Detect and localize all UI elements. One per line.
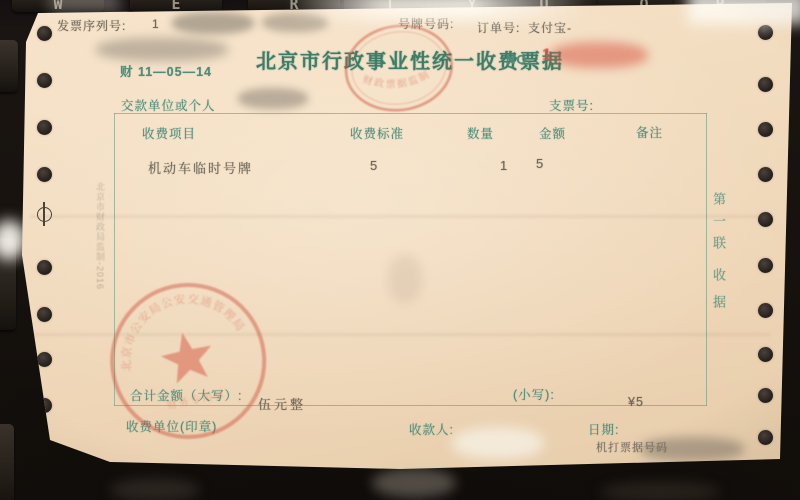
- payer-name-redaction: [238, 88, 308, 109]
- col-header-note: 备注: [636, 123, 663, 141]
- form-code: 财 11—05—14: [120, 62, 212, 80]
- sprocket-hole: [758, 25, 773, 40]
- row-item: 机动车临时号牌: [148, 158, 253, 177]
- table-right-border: [706, 113, 707, 406]
- receipt-paper: 发票序列号: 1 号牌号码: 订单号: 支付宝- 北京市行政事业性统一收费票据 …: [0, 0, 800, 500]
- sprocket-hole: [758, 303, 773, 318]
- row-amount: 5: [536, 156, 544, 171]
- oval-stamp-text: 财政票据监制: [360, 63, 434, 95]
- no-number-redaction: [550, 42, 648, 68]
- svg-text:财政票据监制: 财政票据监制: [360, 63, 434, 95]
- serial-redaction: [172, 12, 254, 34]
- keyboard-key-e: E: [130, 0, 222, 12]
- date-label: 日期:: [588, 420, 619, 438]
- payee-label: 收款人:: [409, 420, 454, 438]
- sprocket-hole: [37, 352, 52, 367]
- col-header-amount: 金额: [539, 124, 566, 142]
- serial-line2-redaction: [96, 38, 228, 61]
- sprocket-hole: [758, 122, 773, 137]
- serial-label: 发票序列号:: [57, 17, 126, 34]
- machine-number-redaction: [640, 437, 744, 461]
- paper-fold: [30, 215, 770, 218]
- serial-value: 1: [152, 17, 160, 31]
- sprocket-hole: [37, 73, 52, 88]
- row-standard: 5: [370, 158, 378, 173]
- copy-number-vertical: 第一联: [709, 192, 728, 258]
- serial-redaction2: [262, 13, 328, 32]
- check-number-label: 支票号:: [549, 96, 594, 114]
- sprocket-hole: [37, 398, 52, 413]
- keyboard-key-w: W: [12, 0, 104, 12]
- photo-of-receipt: WERTYUIOP A 发票序列号: 1 号牌号码: 订单号: 支付宝- 北京市…: [0, 0, 800, 500]
- small-amount-label: (小写):: [513, 385, 555, 403]
- sprocket-hole: [758, 388, 773, 403]
- sprocket-hole: [37, 307, 52, 322]
- bottom-reflection: [110, 478, 200, 500]
- center-faint-mark: [388, 255, 422, 303]
- sprocket-hole: [758, 258, 773, 273]
- order-label: 订单号:: [477, 19, 520, 36]
- order-value: 支付宝-: [528, 19, 572, 36]
- oval-fiscal-stamp: 财政票据监制: [329, 8, 469, 131]
- stamp-star: [157, 327, 217, 385]
- payer-label: 交款单位或个人: [121, 96, 216, 114]
- keyboard-key-a: A: [0, 40, 18, 92]
- small-amount-value: ¥5: [628, 395, 644, 409]
- sprocket-hole: [758, 167, 773, 182]
- row-qty: 1: [500, 158, 508, 173]
- sprocket-hole: [37, 26, 52, 41]
- sprocket-hole: [758, 77, 773, 92]
- registration-mark: [36, 202, 52, 226]
- keyboard-key-edge2: [0, 424, 14, 500]
- sprocket-hole: [37, 260, 52, 275]
- round-unit-stamp: 北京市公安局公安交通管理局 财务专用章: [86, 256, 291, 464]
- keyboard-key-edge1: [0, 238, 16, 330]
- round-stamp-bottom-text: 财务专用章: [166, 387, 227, 412]
- left-watermark-vertical: 北京市财政局监制-2016: [94, 182, 107, 290]
- copy-name-vertical: 收据: [709, 268, 728, 322]
- sprocket-hole: [758, 430, 773, 445]
- col-header-qty: 数量: [467, 124, 494, 142]
- bottom-reflection: [372, 468, 456, 498]
- sprocket-hole: [37, 167, 52, 182]
- sprocket-hole: [758, 347, 773, 362]
- no-label: NO.: [506, 52, 532, 67]
- col-header-item: 收费项目: [142, 124, 196, 142]
- bottom-reflection: [600, 482, 720, 500]
- sprocket-hole: [37, 120, 52, 135]
- payee-redaction: [452, 427, 544, 459]
